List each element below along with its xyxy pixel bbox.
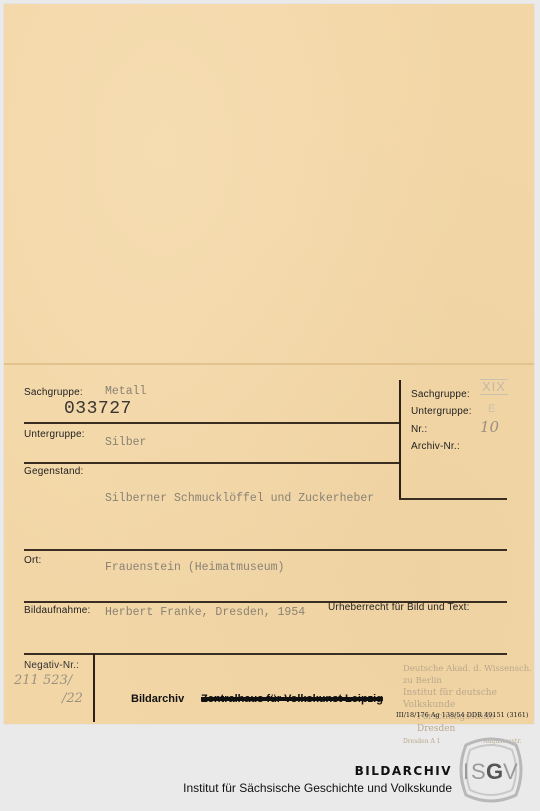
svg-text:V: V xyxy=(503,759,518,784)
divider-line xyxy=(24,422,400,424)
ort-label: Ort: xyxy=(24,555,41,566)
isgv-logo: I S G V xyxy=(458,735,524,805)
svg-text:S: S xyxy=(471,759,486,784)
untergruppe-label: Untergruppe: xyxy=(24,429,85,440)
card-number: 033727 xyxy=(64,399,132,419)
footer-title: BILDARCHIV xyxy=(355,764,452,778)
stamp-line: Institut für deutsche Volkskunde xyxy=(403,687,534,711)
archive-prefix: Bildarchiv xyxy=(131,693,184,705)
bildaufnahme-value: Herbert Franke, Dresden, 1954 xyxy=(105,606,305,619)
print-code: III/18/176 Ag 138/54 DDR 49151 (3161) xyxy=(396,711,528,719)
right-sachgruppe-value: XIX xyxy=(480,379,508,395)
right-untergruppe-value: E xyxy=(488,403,495,415)
divider-line xyxy=(24,462,400,464)
ort-value: Frauenstein (Heimatmuseum) xyxy=(105,561,284,574)
archive-index-card: Sachgruppe: Metall 033727 Untergruppe: S… xyxy=(4,4,534,724)
urheberrecht-label: Urheberrecht für Bild und Text: xyxy=(328,602,470,613)
sachgruppe-value: Metall xyxy=(105,385,146,398)
gegenstand-value: Silberner Schmucklöffel und Zuckerheber xyxy=(105,492,374,505)
footer-subtitle: Institut für Sächsische Geschichte und V… xyxy=(183,781,452,795)
nr-value: 10 xyxy=(480,418,499,436)
nr-label: Nr.: xyxy=(411,424,427,435)
svg-text:I: I xyxy=(463,759,469,784)
right-untergruppe-label: Untergruppe: xyxy=(411,406,472,417)
archiv-nr-label: Archiv-Nr.: xyxy=(411,441,460,452)
negativ-box-border xyxy=(93,654,95,722)
bildaufnahme-label: Bildaufnahme: xyxy=(24,605,91,616)
svg-text:G: G xyxy=(486,759,503,784)
stamp-line: Deutsche Akad. d. Wissensch. zu Berlin xyxy=(403,663,534,687)
right-box-bottom-border xyxy=(399,498,507,500)
right-box-border xyxy=(399,380,401,500)
sachgruppe-label: Sachgruppe: xyxy=(24,387,83,398)
gegenstand-label: Gegenstand: xyxy=(24,466,83,477)
divider-line xyxy=(24,653,507,655)
archive-struck-text: Zentralhaus für Volkskunst Leipzig xyxy=(201,693,383,705)
negativ-value-line2: /22 xyxy=(62,691,83,706)
card-fold-line xyxy=(4,363,534,365)
isgv-logo-icon: I S G V xyxy=(458,735,524,805)
negativ-value-line1: 211 523/ xyxy=(14,673,72,688)
negativ-label: Negativ-Nr.: xyxy=(24,660,79,671)
right-sachgruppe-label: Sachgruppe: xyxy=(411,389,470,400)
stamp-small-left: Dresden A 1 xyxy=(403,738,441,745)
divider-line xyxy=(24,549,507,551)
untergruppe-value: Silber xyxy=(105,436,146,449)
